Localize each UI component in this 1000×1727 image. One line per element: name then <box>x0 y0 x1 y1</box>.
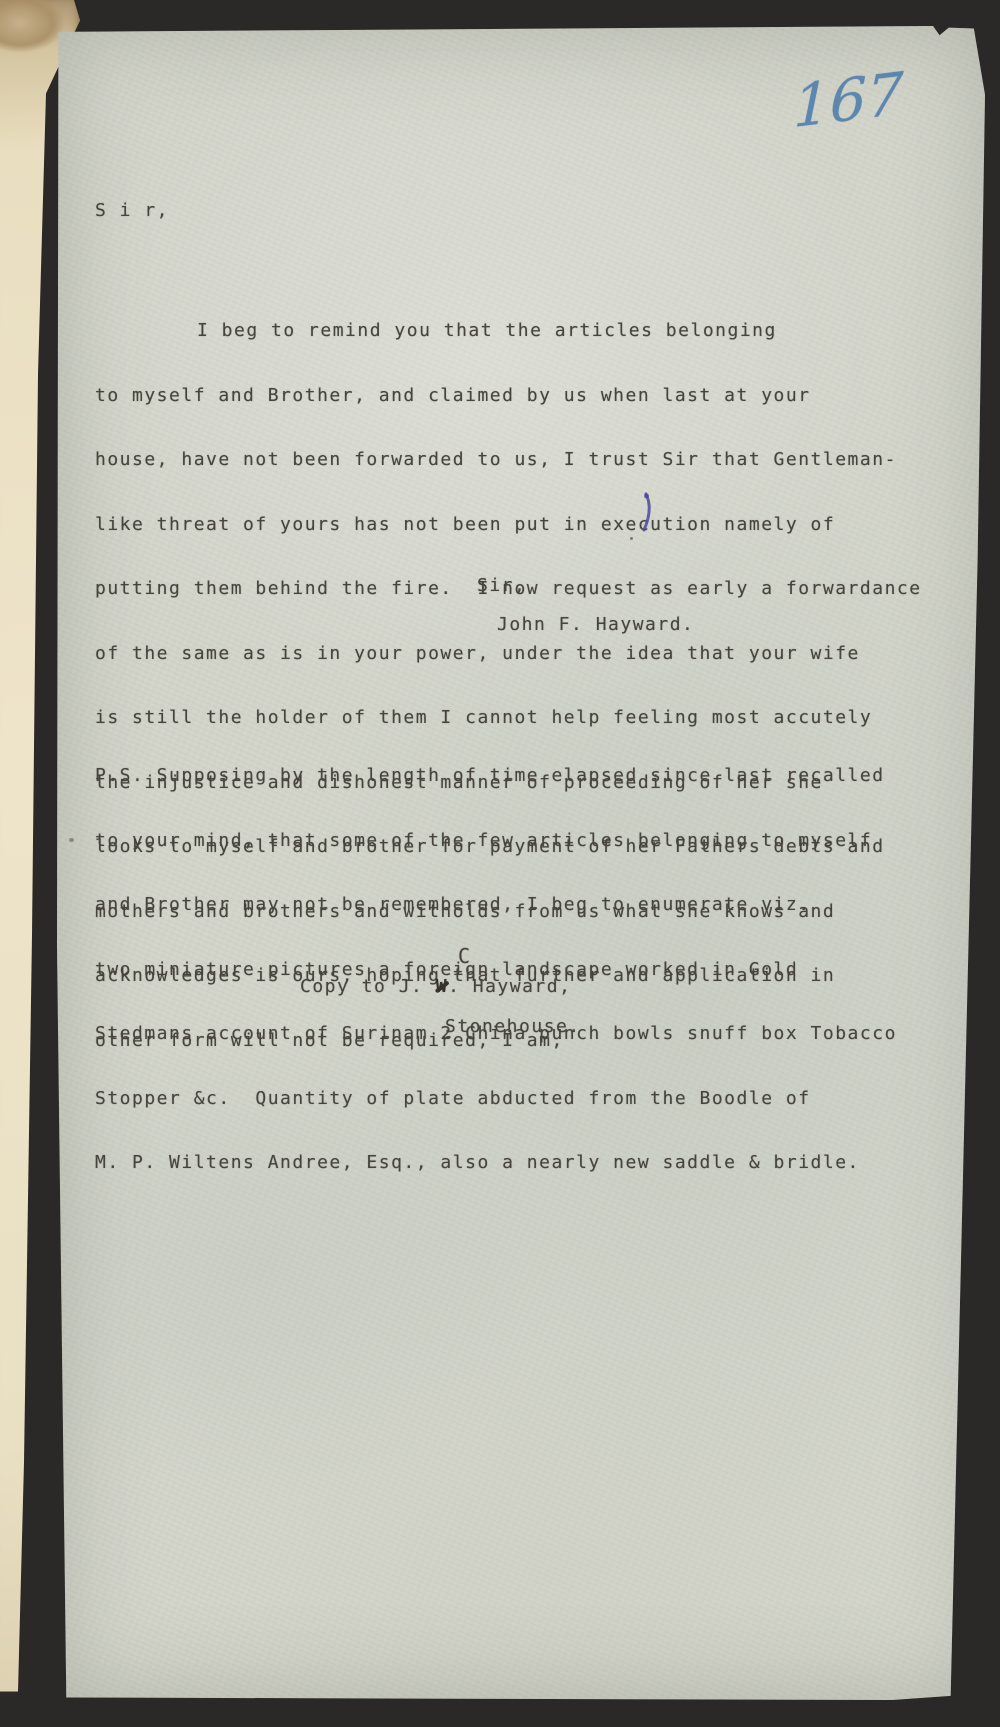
struck-initial: W <box>436 976 448 998</box>
copy-notation-place: Stonehouse. <box>445 1016 581 1038</box>
typed-correction-letter: C <box>458 946 472 968</box>
signature: John F. Hayward. <box>497 614 694 636</box>
body-line: house, have not been forwarded to us, I … <box>95 449 922 471</box>
postscript-line: Stopper &c. Quantity of plate abducted f… <box>95 1088 897 1110</box>
postscript-line: to your mind, that some of the few artic… <box>95 830 897 852</box>
ink-speck <box>69 838 74 842</box>
copy-notation-prefix: Copy to J. <box>300 976 436 997</box>
handwritten-page-number: 167 <box>793 59 904 141</box>
postscript-line: M. P. Wiltens Andree, Esq., also a nearl… <box>95 1152 897 1174</box>
ink-speck <box>630 537 633 540</box>
postscript-line: P.S. Supposing by the length of time ela… <box>95 765 897 787</box>
body-line: of the same as is in your power, under t… <box>95 643 922 665</box>
closing-salutation: Sir, <box>477 575 526 597</box>
ink-correction-mark <box>638 492 654 534</box>
body-line: to myself and Brother, and claimed by us… <box>95 385 922 407</box>
body-line: like threat of yours has not been put in… <box>95 514 922 536</box>
postscript-line: and Brother may not be remembered, I beg… <box>95 894 897 916</box>
body-line: I beg to remind you that the articles be… <box>95 320 922 342</box>
salutation: S i r, <box>95 200 169 222</box>
letter-page-scan: 167 S i r, I beg to remind you that the … <box>57 26 985 1700</box>
copy-notation-suffix: . Hayward, <box>448 976 571 997</box>
postscript: P.S. Supposing by the length of time ela… <box>95 722 897 1217</box>
copy-notation: Copy to J. W. Hayward, <box>300 976 571 998</box>
